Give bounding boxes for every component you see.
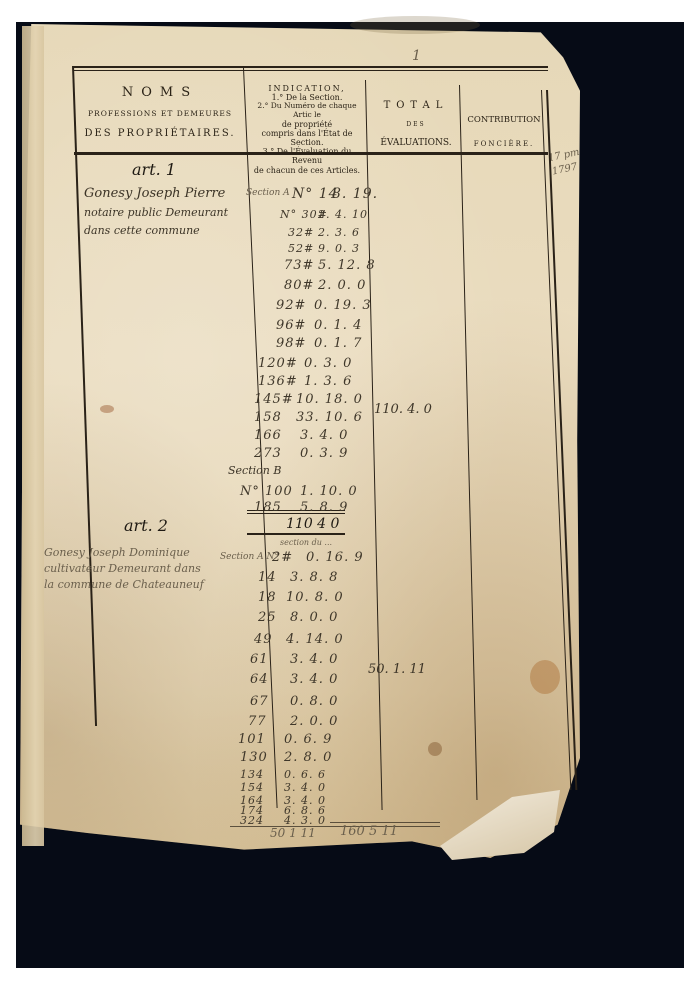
stain xyxy=(350,16,480,34)
art2-entry-val: 10. 8. 0 xyxy=(286,590,344,605)
header-names-title: NOMS xyxy=(78,86,242,101)
art1-entry-num: 92# xyxy=(276,298,306,313)
article-2-section-note: section du ... xyxy=(280,538,332,547)
header-indication-line-2: 2.° Du Numéro de chaque Artic le xyxy=(247,102,367,119)
art1-entry-num: 80# xyxy=(284,278,314,293)
stain xyxy=(530,660,560,694)
header-indication-line-6: de chacun de ces Articles. xyxy=(247,166,367,175)
art1-entry-num: 158 xyxy=(254,410,282,425)
art1-entry-val: 0. 1. 7 xyxy=(314,336,362,351)
art2-entry-val: 3. 4. 0 xyxy=(290,672,338,687)
box-bottom-rule xyxy=(330,822,440,823)
footer-grand-total: 160 5 11 xyxy=(340,824,398,839)
art1-entry-num: 120# xyxy=(258,356,298,371)
art2-entry-val: 0. 6. 9 xyxy=(284,732,332,747)
header-indication-title: INDICATION, xyxy=(247,84,367,93)
art1-entry-num: 98# xyxy=(276,336,306,351)
art2-entry-num: 18 xyxy=(258,590,277,605)
article-1-total: 110. 4. 0 xyxy=(374,402,432,417)
art2-entry-num: 25 xyxy=(258,610,277,625)
art1-entry-val: 33. 10. 6 xyxy=(296,410,363,425)
art1-entry-val: 3. 4. 0 xyxy=(300,428,348,443)
art2-entry-val: 0. 16. 9 xyxy=(306,550,364,565)
art1-section-b-num: N° 100 xyxy=(240,484,293,499)
art1-entry-val: 2. 0. 0 xyxy=(318,278,366,293)
art2-entry-num: 14 xyxy=(258,570,277,585)
art2-entry-num: 77 xyxy=(248,714,267,729)
art2-entry-val: 3. 4. 0 xyxy=(284,781,326,794)
article-1-section-a-label: Section A xyxy=(246,188,290,198)
art1-entry-num: 52# xyxy=(288,242,314,255)
art2-entry-num: 154 xyxy=(240,781,264,794)
art1-entry-val: 0. 3. 9 xyxy=(300,446,348,461)
sum-close-art1 xyxy=(247,533,345,535)
article-1-label: art. 1 xyxy=(132,160,176,179)
header-contribution-line-1: CONTRIBUTION xyxy=(462,116,546,126)
art1-entry-val: 5. 12. 8 xyxy=(318,258,376,273)
article-2-owner-line-1: Gonesy Joseph Dominique xyxy=(44,546,190,559)
article-2-label: art. 2 xyxy=(124,516,168,535)
header-indication: INDICATION, 1.° De la Section. 2.° Du Nu… xyxy=(247,84,367,175)
art1-entry-val: 2. 3. 6 xyxy=(318,226,360,239)
footer-sum-art2: 50 1 11 xyxy=(270,826,316,840)
art2-entry-num: 61 xyxy=(250,652,269,667)
article-1-owner-line-1: Gonesy Joseph Pierre xyxy=(84,186,225,201)
header-indication-line-3: de propriété xyxy=(247,120,367,129)
header-contribution-line-2: FONCIÈRE. xyxy=(462,140,546,148)
art1-entry-num: 166 xyxy=(254,428,282,443)
stain xyxy=(100,405,114,413)
art2-entry-val: 0. 6. 6 xyxy=(284,768,326,781)
art1-entry-num: 136# xyxy=(258,374,298,389)
header-total-title: TOTAL xyxy=(370,100,462,112)
art2-entry-val: 3. 8. 8 xyxy=(290,570,338,585)
header-top-rule xyxy=(74,66,548,68)
art1-entry-num: 73# xyxy=(284,258,314,273)
art1-entry-val: 2. 4. 10 xyxy=(318,208,368,221)
article-2-total: 50. 1. 11 xyxy=(368,662,426,677)
art2-entry-val: 3. 4. 0 xyxy=(290,652,338,667)
art1-section-b-num: 185 xyxy=(254,500,282,515)
article-1-owner-line-2: notaire public Demeurant xyxy=(84,206,228,219)
art2-entry-val: 2. 0. 0 xyxy=(290,714,338,729)
header-total: TOTAL DES ÉVALUATIONS. xyxy=(370,100,462,149)
stain xyxy=(428,742,442,756)
art2-entry-val: 0. 8. 0 xyxy=(290,694,338,709)
art1-entry-val: 0. 19. 3 xyxy=(314,298,372,313)
article-1-subtotal: 110 4 0 xyxy=(286,516,339,532)
art1-entry-num: 32# xyxy=(288,226,314,239)
art1-entry-num: 96# xyxy=(276,318,306,333)
page-spine-edge xyxy=(22,26,44,846)
header-indication-line-4: compris dans l'État de Section. xyxy=(247,129,367,147)
art1-section-b-val: 1. 10. 0 xyxy=(300,484,358,499)
header-contribution: CONTRIBUTION FONCIÈRE. xyxy=(462,116,546,148)
art1-entry-num: 273 xyxy=(254,446,282,461)
art1-entry-val: 8. 19. xyxy=(332,186,378,202)
art2-entry-val: 4. 14. 0 xyxy=(286,632,344,647)
article-1-section-b-label: Section B xyxy=(228,464,281,477)
art2-entry-num: 67 xyxy=(250,694,269,709)
art1-entry-num: 145# xyxy=(254,392,294,407)
art2-entry-num: 49 xyxy=(254,632,273,647)
art2-entry-val: 2. 8. 0 xyxy=(284,750,332,765)
header-names-line-1: PROFESSIONS ET DEMEURES xyxy=(78,110,242,119)
header-total-line-2: ÉVALUATIONS. xyxy=(370,138,462,148)
art2-entry-num: 134 xyxy=(240,768,264,781)
art2-entry-num: 2# xyxy=(272,550,293,565)
article-2-owner-line-3: la commune de Chateauneuf xyxy=(44,578,204,591)
article-2-owner-line-2: cultivateur Demeurant dans xyxy=(44,562,201,575)
header-names: NOMS PROFESSIONS ET DEMEURES DES PROPRIÉ… xyxy=(78,86,242,139)
art1-section-b-val: 5. 8. 9 xyxy=(300,500,348,515)
art1-entry-val: 1. 3. 6 xyxy=(304,374,352,389)
page-number: 1 xyxy=(412,48,421,64)
art2-entry-num: 130 xyxy=(240,750,268,765)
article-1-owner-line-3: dans cette commune xyxy=(84,224,200,237)
art1-entry-val: 0. 1. 4 xyxy=(314,318,362,333)
header-indication-line-5: 3.° De l'Évaluation du Revenu xyxy=(247,147,367,165)
header-names-line-2: DES PROPRIÉTAIRES. xyxy=(78,128,242,140)
art2-entry-num: 324 xyxy=(240,814,264,827)
art1-entry-val: 0. 3. 0 xyxy=(304,356,352,371)
art2-entry-num: 64 xyxy=(250,672,269,687)
header-top-rule-thin xyxy=(74,70,548,71)
art1-entry-val: 10. 18. 0 xyxy=(296,392,363,407)
header-total-line-1: DES xyxy=(370,122,462,129)
article-2-section-a-label: Section A N° xyxy=(220,552,279,562)
art1-entry-val: 9. 0. 3 xyxy=(318,242,360,255)
art2-entry-num: 101 xyxy=(238,732,266,747)
art2-entry-val: 8. 0. 0 xyxy=(290,610,338,625)
